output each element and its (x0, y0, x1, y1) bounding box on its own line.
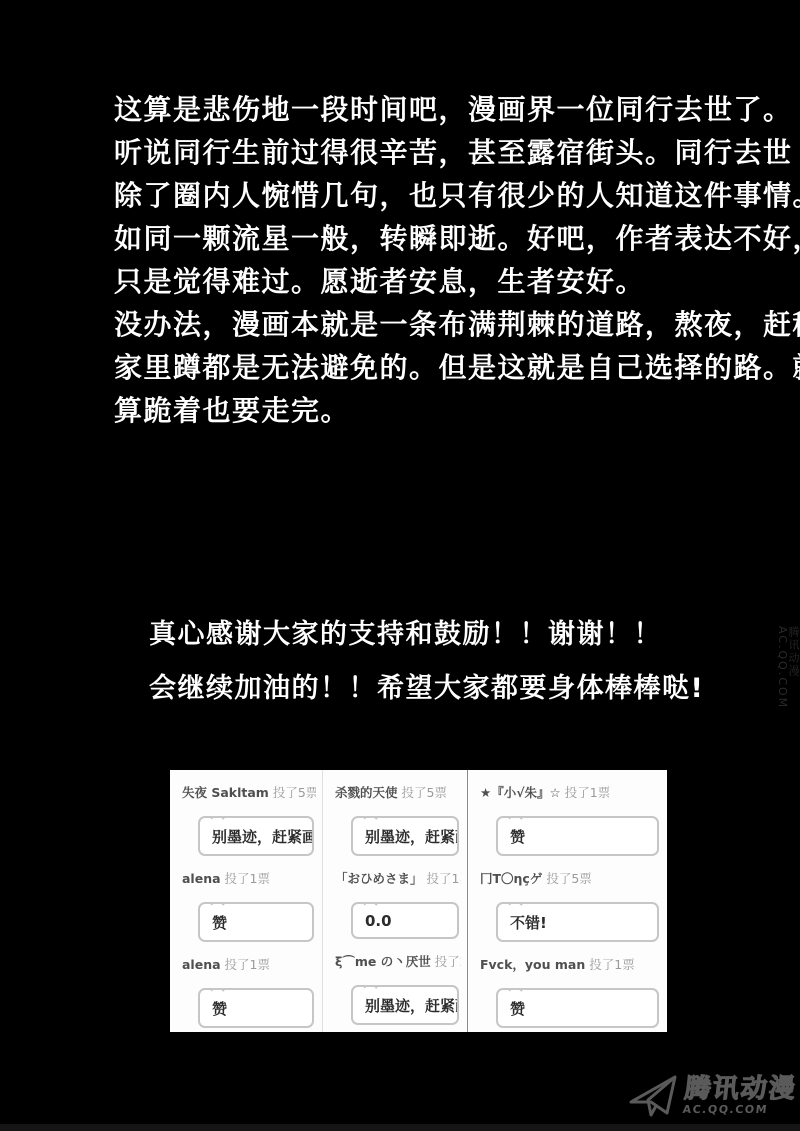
logo-text: 腾讯动漫 AC.QQ.COM (682, 1076, 798, 1116)
comment-text: 别墨迹，赶紧画哈！ (365, 997, 459, 1015)
text-line: 这算是悲伤地一段时间吧，漫画界一位同行去世了。 (114, 88, 800, 131)
commenter-name-line: ★『小√朱』☆投了1票 (480, 783, 661, 801)
side-watermark: 腾讯动漫 AC.QQ.COM (777, 626, 799, 709)
comment-entry: ★『小√朱』☆投了1票 赞 (480, 783, 661, 856)
speech-bubble: 不错! (496, 902, 659, 942)
comment-text: 赞 (510, 828, 525, 846)
speech-bubble-tail-icon (503, 816, 523, 820)
side-watermark-text: 腾讯动漫 (788, 626, 799, 709)
speech-bubble-tail-icon (205, 988, 225, 992)
comment-entry: 「おひめさま」投了1票 0.0 (335, 869, 461, 939)
vote-count: 投了1票 (225, 957, 270, 972)
text-line: 家里蹲都是无法避免的。但是这就是自己选择的路。就 (114, 346, 800, 389)
vote-count: 投了1票 (589, 957, 634, 972)
speech-bubble: 别墨迹，赶紧画哈！ (351, 816, 459, 856)
commenter-name-line: alena投了1票 (182, 869, 316, 887)
comment-text: 别墨迹，赶紧画哈！ (365, 828, 459, 846)
side-watermark-domain: AC.QQ.COM (777, 626, 788, 709)
speech-bubble: 赞 (198, 988, 314, 1028)
comment-entry: Fvck，you man投了1票 赞 (480, 955, 661, 1028)
comment-text: 赞 (510, 1000, 525, 1018)
speech-bubble: 赞 (198, 902, 314, 942)
logo-subtitle: AC.QQ.COM (682, 1103, 795, 1116)
commenter-name: 杀戮的天使 (335, 785, 398, 800)
manga-afterword-page: 这算是悲伤地一段时间吧，漫画界一位同行去世了。 听说同行生前过得很辛苦，甚至露宿… (0, 0, 800, 1131)
vote-count: 投了5票 (402, 785, 447, 800)
speech-bubble-tail-icon (358, 985, 378, 989)
paper-plane-icon (628, 1073, 680, 1119)
comment-entry: 冂T〇ηçゲ投了5票 不错! (480, 869, 661, 942)
vote-count: 投了1票 (565, 785, 610, 800)
speech-bubble: 赞 (496, 816, 659, 856)
afterword-paragraph: 这算是悲伤地一段时间吧，漫画界一位同行去世了。 听说同行生前过得很辛苦，甚至露宿… (114, 88, 800, 432)
commenter-name-line: 失夜 Sakltam投了5票 (182, 783, 316, 801)
commenter-name: alena (182, 957, 221, 972)
text-line: 没办法，漫画本就是一条布满荆棘的道路，熬夜，赶稿， (114, 303, 800, 346)
commenter-name-line: 杀戮的天使投了5票 (335, 783, 461, 801)
thanks-paragraph: 真心感谢大家的支持和鼓励！！谢谢！！ 会继续加油的！！希望大家都要身体棒棒哒! (149, 608, 704, 716)
text-line: 听说同行生前过得很辛苦，甚至露宿街头。同行去世 (114, 131, 800, 174)
commenter-name: ★『小√朱』☆ (480, 785, 561, 800)
vote-count: 投了1票 (225, 871, 270, 886)
commenter-name: ξ⌒me の丶厌世 (335, 954, 431, 969)
vote-count: 投了2票 (435, 954, 461, 969)
speech-bubble-tail-icon (503, 988, 523, 992)
comments-column-1: 失夜 Sakltam投了5票 别墨迹，赶紧画哈！！ alena投了1票 赞 (170, 770, 322, 1032)
comment-text: 别墨迹，赶紧画哈！！ (212, 828, 314, 846)
speech-bubble-tail-icon (503, 902, 523, 906)
text-line: 真心感谢大家的支持和鼓励！！谢谢！！ (149, 608, 704, 662)
commenter-name-line: alena投了1票 (182, 955, 316, 973)
comment-entry: ξ⌒me の丶厌世投了2票 别墨迹，赶紧画哈！ (335, 952, 461, 1025)
commenter-name: alena (182, 871, 221, 886)
speech-bubble: 别墨迹，赶紧画哈！ (351, 985, 459, 1025)
tencent-comics-logo: 腾讯动漫 AC.QQ.COM (628, 1073, 796, 1119)
text-line: 算跪着也要走完。 (114, 389, 800, 432)
speech-bubble: 赞 (496, 988, 659, 1028)
comments-column-2: 杀戮的天使投了5票 别墨迹，赶紧画哈！ 「おひめさま」投了1票 0.0 ξ⌒ (322, 770, 467, 1032)
logo-title: 腾讯动漫 (683, 1076, 798, 1102)
speech-bubble-tail-icon (205, 902, 225, 906)
comments-column-3: ★『小√朱』☆投了1票 赞 冂T〇ηçゲ投了5票 不错! Fvck，you (467, 770, 667, 1032)
commenter-name: Fvck，you man (480, 957, 585, 972)
vote-count: 投了5票 (546, 871, 591, 886)
speech-bubble: 别墨迹，赶紧画哈！！ (198, 816, 314, 856)
commenter-name: 「おひめさま」 (335, 871, 423, 886)
text-line: 除了圈内人惋惜几句，也只有很少的人知道这件事情。 (114, 174, 800, 217)
bottom-strip (0, 1124, 800, 1131)
comment-text: 赞 (212, 1000, 227, 1018)
vote-count: 投了1票 (427, 871, 461, 886)
speech-bubble-tail-icon (205, 816, 225, 820)
text-line: 如同一颗流星一般，转瞬即逝。好吧，作者表达不好， (114, 217, 800, 260)
commenter-name: 冂T〇ηçゲ (480, 871, 542, 886)
comment-entry: 失夜 Sakltam投了5票 别墨迹，赶紧画哈！！ (182, 783, 316, 856)
reader-comments-panel: 失夜 Sakltam投了5票 别墨迹，赶紧画哈！！ alena投了1票 赞 (170, 770, 667, 1032)
text-line: 只是觉得难过。愿逝者安息，生者安好。 (114, 260, 800, 303)
comment-entry: 杀戮的天使投了5票 别墨迹，赶紧画哈！ (335, 783, 461, 856)
speech-bubble-tail-icon (358, 902, 378, 906)
vote-count: 投了5票 (273, 785, 316, 800)
comment-text: 不错! (510, 914, 547, 932)
commenter-name-line: 冂T〇ηçゲ投了5票 (480, 869, 661, 887)
comment-text: 赞 (212, 914, 227, 932)
commenter-name-line: Fvck，you man投了1票 (480, 955, 661, 973)
commenter-name-line: ξ⌒me の丶厌世投了2票 (335, 952, 461, 970)
comment-text: 0.0 (365, 912, 392, 930)
comment-entry: alena投了1票 赞 (182, 955, 316, 1028)
speech-bubble-tail-icon (358, 816, 378, 820)
commenter-name: 失夜 Sakltam (182, 785, 269, 800)
text-line: 会继续加油的！！希望大家都要身体棒棒哒! (149, 662, 704, 716)
speech-bubble: 0.0 (351, 902, 459, 939)
commenter-name-line: 「おひめさま」投了1票 (335, 869, 461, 887)
comment-entry: alena投了1票 赞 (182, 869, 316, 942)
